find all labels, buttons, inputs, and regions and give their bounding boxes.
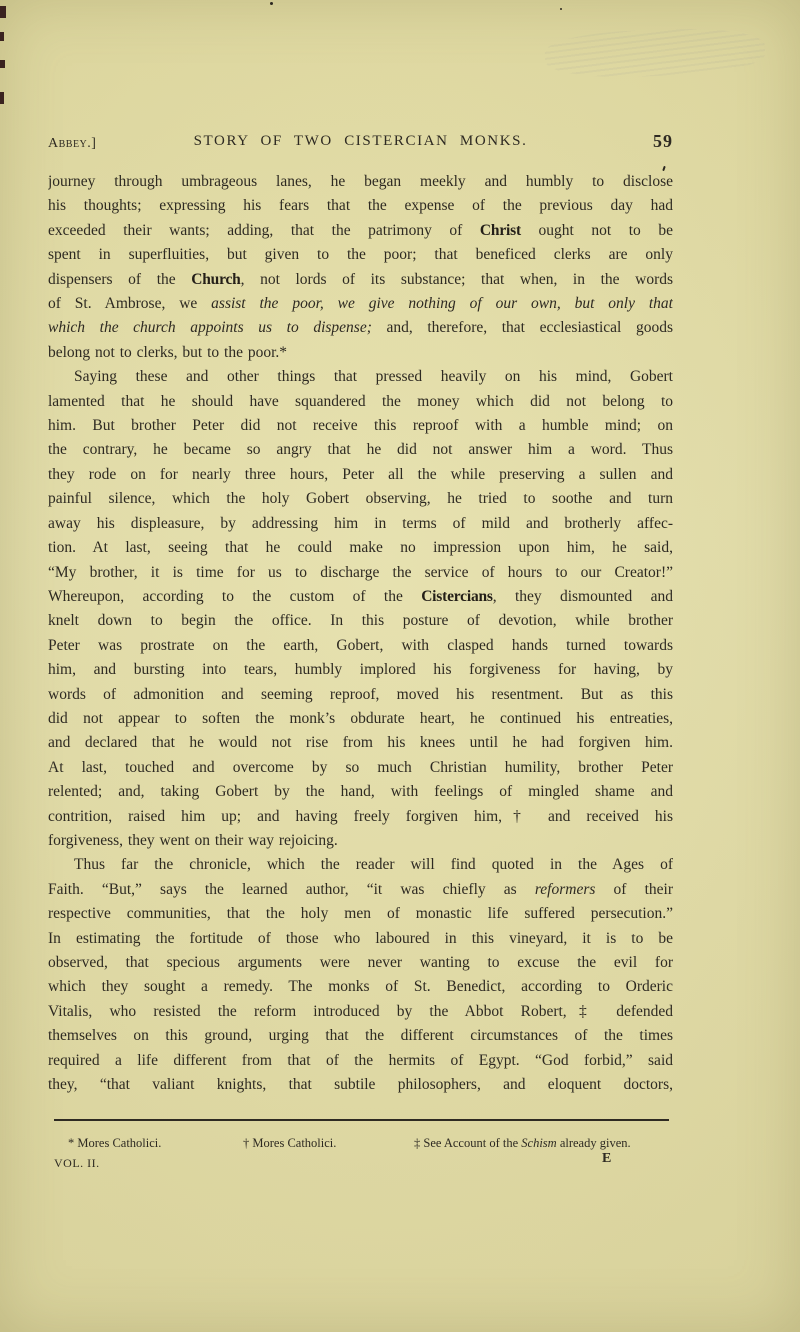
text-line: exceeded their wants; adding, that the p… — [48, 219, 673, 243]
text-line: and declared that he would not rise from… — [48, 731, 673, 755]
text-segment: Saying these and other things that press… — [74, 368, 673, 385]
text-segment: respective communities, that the holy me… — [48, 905, 673, 922]
blackletter-word: Christ — [480, 222, 521, 239]
text-segment: they, “that valiant knights, that subtil… — [48, 1076, 673, 1093]
text-segment: Vitalis, who resisted the reform introdu… — [48, 1003, 673, 1020]
text-line: Saying these and other things that press… — [48, 365, 673, 389]
text-segment: and declared that he would not rise from… — [48, 734, 673, 751]
footnote: * Mores Catholici. — [68, 1136, 161, 1151]
text-line: they rode on for nearly three hours, Pet… — [48, 463, 673, 487]
text-segment: dispensers of the — [48, 271, 191, 288]
text-segment: journey through umbrageous lanes, he beg… — [48, 173, 673, 190]
text-segment: exceeded their wants; adding, that the p… — [48, 222, 480, 239]
page-title: STORY OF TWO CISTERCIAN MONKS. — [48, 133, 673, 150]
text-segment: lamented that he should have squandered … — [48, 393, 673, 410]
text-line: Whereupon, according to the custom of th… — [48, 585, 673, 609]
text-segment: already given. — [557, 1136, 631, 1150]
printers-signature: E — [602, 1151, 611, 1167]
footnotes: * Mores Catholici.† Mores Catholici.‡ Se… — [48, 1136, 688, 1176]
text-segment: belong not to clerks, but to the poor.* — [48, 344, 287, 361]
text-line: they, “that valiant knights, that subtil… — [48, 1073, 673, 1097]
body-text: journey through umbrageous lanes, he beg… — [48, 170, 673, 1097]
text-line: him, and bursting into tears, humbly imp… — [48, 658, 673, 682]
text-segment: ‡ See Account of the — [414, 1136, 521, 1150]
edge-artifact — [0, 92, 4, 104]
text-segment: painful silence, which the holy Gobert o… — [48, 490, 673, 507]
text-segment: him, and bursting into tears, humbly imp… — [48, 661, 673, 678]
text-segment: Faith. “But,” says the learned author, “… — [48, 881, 535, 898]
text-segment: tion. At last, seeing that he could make… — [48, 539, 673, 556]
text-line: respective communities, that the holy me… — [48, 902, 673, 926]
text-segment: of St. Ambrose, we — [48, 295, 211, 312]
edge-artifact — [0, 60, 5, 68]
text-line: In estimating the fortitude of those who… — [48, 927, 673, 951]
text-line: observed, that specious arguments were n… — [48, 951, 673, 975]
text-segment: Whereupon, according to the custom of th… — [48, 588, 421, 605]
text-segment: † Mores Catholici. — [243, 1136, 336, 1150]
text-line: lamented that he should have squandered … — [48, 390, 673, 414]
italic-text: assist the poor, we give nothing of our … — [211, 295, 673, 312]
text-line: him. But brother Peter did not receive t… — [48, 414, 673, 438]
text-line: tion. At last, seeing that he could make… — [48, 536, 673, 560]
text-segment: of their — [595, 881, 673, 898]
blackletter-word: Church — [191, 271, 240, 288]
text-line: required a life different from that of t… — [48, 1049, 673, 1073]
paper-scratch-artifact — [544, 26, 765, 80]
page-number: 59 — [653, 131, 673, 152]
edge-artifact — [0, 6, 6, 18]
text-segment: they rode on for nearly three hours, Pet… — [48, 466, 673, 483]
text-line: words of admonition and seeming reproof,… — [48, 683, 673, 707]
volume-label: VOL. II. — [54, 1156, 100, 1171]
text-segment: the contrary, he became so angry that he… — [48, 441, 673, 458]
text-segment: spent in superfluities, but given to the… — [48, 246, 673, 263]
text-line: which the church appoints us to dispense… — [48, 316, 673, 340]
text-line: journey through umbrageous lanes, he beg… — [48, 170, 673, 194]
text-line: belong not to clerks, but to the poor.* — [48, 341, 673, 365]
paper-speck — [270, 2, 273, 5]
footnote: † Mores Catholici. — [243, 1136, 336, 1151]
text-segment: and, therefore, that ecclesiastical good… — [372, 319, 673, 336]
text-line: forgiveness, they went on their way rejo… — [48, 829, 673, 853]
text-segment: Thus far the chronicle, which the reader… — [74, 856, 673, 873]
italic-text: which the church appoints us to dispense… — [48, 319, 372, 336]
footnote-divider — [54, 1119, 669, 1121]
text-line: his thoughts; expressing his fears that … — [48, 194, 673, 218]
text-segment: relented; and, taking Gobert by the hand… — [48, 783, 673, 800]
text-line: themselves on this ground, urging that t… — [48, 1024, 673, 1048]
text-segment: “My brother, it is time for us to discha… — [48, 564, 673, 581]
footnote: ‡ See Account of the Schism already give… — [414, 1136, 631, 1151]
text-line: of St. Ambrose, we assist the poor, we g… — [48, 292, 673, 316]
text-segment: ought not to be — [521, 222, 673, 239]
text-segment: At last, touched and overcome by so much… — [48, 759, 673, 776]
text-segment: him. But brother Peter did not receive t… — [48, 417, 673, 434]
text-segment: contrition, raised him up; and having fr… — [48, 808, 673, 825]
text-segment: forgiveness, they went on their way rejo… — [48, 832, 338, 849]
text-segment: , they dismounted and — [493, 588, 673, 605]
text-segment: observed, that specious arguments were n… — [48, 954, 673, 971]
text-segment: knelt down to begin the office. In this … — [48, 612, 673, 629]
text-segment: , not lords of its substance; that when,… — [241, 271, 673, 288]
paper-speck — [560, 8, 562, 10]
text-segment: did not appear to soften the monk’s obdu… — [48, 710, 673, 727]
text-line: Faith. “But,” says the learned author, “… — [48, 878, 673, 902]
text-line: At last, touched and overcome by so much… — [48, 756, 673, 780]
italic-text: Schism — [521, 1136, 556, 1150]
italic-text: reformers — [535, 881, 596, 898]
text-line: Peter was prostrate on the earth, Gobert… — [48, 634, 673, 658]
edge-artifact — [0, 32, 4, 41]
text-line: dispensers of the Church, not lords of i… — [48, 268, 673, 292]
text-line: Vitalis, who resisted the reform introdu… — [48, 1000, 673, 1024]
text-segment: words of admonition and seeming reproof,… — [48, 686, 673, 703]
book-page: Abbey.] STORY OF TWO CISTERCIAN MONKS. 5… — [0, 0, 800, 1332]
text-segment: Peter was prostrate on the earth, Gobert… — [48, 637, 673, 654]
text-line: relented; and, taking Gobert by the hand… — [48, 780, 673, 804]
text-line: the contrary, he became so angry that he… — [48, 438, 673, 462]
text-segment: required a life different from that of t… — [48, 1052, 673, 1069]
text-segment: which they sought a remedy. The monks of… — [48, 978, 673, 995]
text-line: “My brother, it is time for us to discha… — [48, 561, 673, 585]
text-segment: themselves on this ground, urging that t… — [48, 1027, 673, 1044]
text-line: did not appear to soften the monk’s obdu… — [48, 707, 673, 731]
text-line: Thus far the chronicle, which the reader… — [48, 853, 673, 877]
text-line: contrition, raised him up; and having fr… — [48, 805, 673, 829]
text-segment: his thoughts; expressing his fears that … — [48, 197, 673, 214]
text-line: painful silence, which the holy Gobert o… — [48, 487, 673, 511]
text-line: knelt down to begin the office. In this … — [48, 609, 673, 633]
text-segment: In estimating the fortitude of those who… — [48, 930, 673, 947]
page-header: Abbey.] STORY OF TWO CISTERCIAN MONKS. 5… — [48, 131, 673, 157]
text-line: spent in superfluities, but given to the… — [48, 243, 673, 267]
text-line: away his displeasure, by addressing him … — [48, 512, 673, 536]
text-line: which they sought a remedy. The monks of… — [48, 975, 673, 999]
blackletter-word: Cistercians — [421, 588, 493, 605]
text-segment: * Mores Catholici. — [68, 1136, 161, 1150]
text-segment: away his displeasure, by addressing him … — [48, 515, 673, 532]
